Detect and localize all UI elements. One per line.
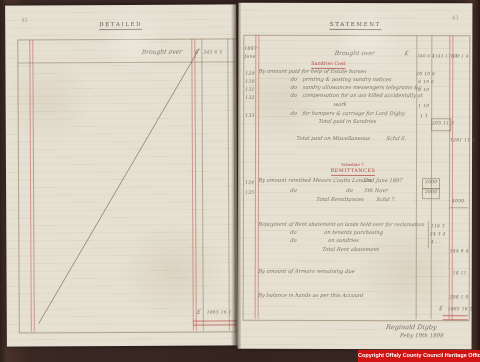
rent-amount: 4 - - bbox=[431, 240, 441, 245]
ditto-mark: do bbox=[290, 238, 297, 244]
rent-amount: 24 3 4 bbox=[430, 232, 446, 237]
rent-bracket-rule bbox=[428, 221, 429, 248]
balance-amount: 208 1 8 bbox=[450, 295, 469, 300]
row-number: 133 bbox=[245, 114, 255, 119]
rent-text: on tenants purchasing bbox=[324, 230, 384, 236]
rent-amount: 116 3 bbox=[431, 224, 445, 229]
entry-text: By amount paid for help of Estate horses bbox=[258, 69, 366, 75]
left-brought-over-pound: £ bbox=[194, 49, 199, 56]
grand-total-amount: 1865 16 1 bbox=[448, 307, 473, 312]
entry-text: printing & posting sundry notices bbox=[302, 77, 392, 83]
sundries-total-amount: 205 11 3 bbox=[432, 121, 454, 126]
remittance-amount: 2000 bbox=[425, 190, 437, 195]
misc-total-label: Total paid on Miscellaneous bbox=[296, 136, 370, 142]
ditto-mark: do bbox=[290, 77, 297, 83]
ditto-mark: do bbox=[290, 230, 297, 236]
row-number: 131 bbox=[245, 88, 255, 93]
entry-amount: 1 10 bbox=[418, 104, 429, 109]
grand-total-underline bbox=[443, 315, 468, 320]
copyright-banner: Copyright Offaly County Council Heritage… bbox=[358, 350, 480, 362]
remittances-total-schedule: Schd 7. bbox=[376, 197, 396, 203]
remittance-text: By amount remitted Messrs Coutts London bbox=[258, 178, 372, 184]
right-total-column-rule bbox=[449, 35, 454, 319]
book-gutter bbox=[231, 0, 241, 352]
rent-total-label: Total Rent abatement bbox=[322, 247, 379, 253]
row-number: 130 bbox=[245, 80, 255, 85]
misc-total-schedule: Schd 6. bbox=[386, 136, 406, 142]
remittance-amount: 2000 bbox=[425, 180, 437, 185]
ditto-mark: do bbox=[290, 188, 297, 194]
left-page: 42 DETAILED Brought over £ 343 6 3 £ 186… bbox=[5, 4, 238, 346]
rent-text: Repayment of Rent abatement on lands hel… bbox=[258, 222, 425, 228]
right-number-column-rule bbox=[255, 35, 260, 319]
ditto-mark: do bbox=[290, 85, 297, 91]
right-page-header: STATEMENT bbox=[238, 22, 472, 31]
row-number: 134 bbox=[245, 181, 255, 186]
left-page-header: DETAILED bbox=[5, 21, 236, 30]
row-number: 129 bbox=[245, 72, 255, 77]
entry-text: sundry allowances messengers telegrams &… bbox=[302, 85, 422, 91]
left-total-amount: 1865 16 1 bbox=[207, 310, 232, 315]
sundries-heading: Sundries Cost bbox=[278, 62, 378, 67]
brought-over-col3: 639 1 4 bbox=[451, 53, 468, 58]
grand-total-pound: £ bbox=[439, 305, 444, 312]
entry-amount: 1 1 bbox=[420, 114, 428, 119]
remittances-heading: REMITTANCES bbox=[298, 169, 408, 174]
remittance-date: 5th Novr bbox=[364, 188, 388, 194]
ditto-mark: do bbox=[290, 111, 297, 117]
arrears-text: By amount of Arrears remaining due bbox=[258, 269, 355, 275]
remittances-total-label: Total Remittances bbox=[316, 197, 364, 203]
arrears-amount: 18 11 bbox=[453, 271, 467, 276]
margin-month: June bbox=[244, 55, 255, 60]
ledger-scan: 42 DETAILED Brought over £ 343 6 3 £ 186… bbox=[0, 0, 480, 362]
row-number: 132 bbox=[245, 96, 255, 101]
brought-over-pound: £ bbox=[404, 50, 409, 57]
right-page: 43 STATEMENT 1897 June Brought over £ 34… bbox=[238, 3, 473, 350]
right-page-number: 43 bbox=[452, 15, 458, 21]
left-ledger-frame bbox=[17, 38, 238, 333]
brought-over-label: Brought over bbox=[334, 50, 375, 57]
remittances-total-amount: 4000 bbox=[452, 199, 464, 204]
entry-text: compensation for an ass killed accidenta… bbox=[302, 93, 423, 99]
balance-text: By balance in hands as per this Account bbox=[258, 293, 364, 299]
remittances-total-rule bbox=[449, 207, 468, 208]
schedule-7-heading: Schedule 7. bbox=[298, 162, 408, 167]
entry-text: for hampers & carriage for Lord Digby bbox=[302, 111, 405, 117]
ditto-mark: do bbox=[346, 188, 353, 194]
row-number: 135 bbox=[245, 191, 255, 196]
remittance-date: 2nd June 1897 bbox=[364, 178, 403, 184]
rent-total-amount: 144 6 4 bbox=[450, 249, 469, 254]
left-brought-over-amount: 343 6 3 bbox=[203, 50, 222, 55]
entry-amount: 20 10 6 bbox=[416, 72, 435, 77]
ditto-mark: do bbox=[290, 93, 297, 99]
rent-text: on sundries bbox=[328, 238, 359, 244]
misc-total-amount: 1281 11 3 bbox=[450, 138, 475, 143]
sundries-total-label: Total paid in Sundries bbox=[318, 119, 376, 125]
left-brought-over-label: Brought over bbox=[141, 49, 182, 56]
entry-text-continued: work bbox=[333, 102, 347, 108]
signature-name: Reginald Digby bbox=[386, 323, 438, 331]
signature-date: Feby 19th 1898 bbox=[400, 333, 444, 339]
margin-year: 1897 bbox=[244, 47, 257, 52]
left-total-pound: £ bbox=[197, 309, 202, 316]
